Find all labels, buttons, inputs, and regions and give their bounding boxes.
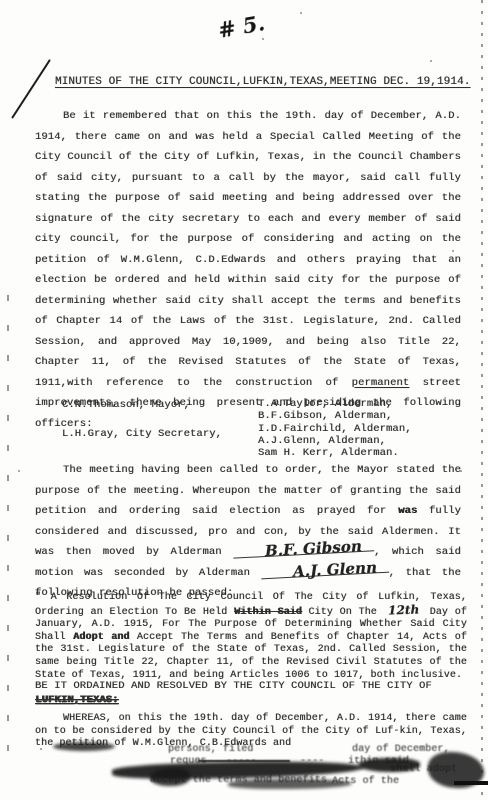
smudge-fragment: day of December, — [352, 744, 450, 755]
aldermen-list: T.A.Taylor, Alderman, B.F.Gibson, Alderm… — [258, 398, 412, 459]
alderman-name: Sam H. Kerr, Alderman. — [258, 447, 412, 459]
ink-smudge — [150, 768, 190, 786]
paper-speck — [430, 60, 432, 62]
ink-smudge — [358, 758, 420, 772]
meeting-paragraph: The meeting having been called to order,… — [35, 460, 461, 604]
alderman-name: A.J.Glenn, Alderman, — [258, 435, 412, 447]
paper-speck — [300, 12, 302, 14]
ink-smudge — [53, 742, 115, 751]
officers-left-column: C.N.Thomason, Mayor, L.H.Gray, City Secr… — [62, 399, 222, 456]
opening-text-underlined: permanent — [352, 377, 410, 389]
paper-speck — [18, 470, 20, 472]
paper-speck — [452, 250, 454, 252]
secretary-name: L.H.Gray, City Secretary, — [62, 428, 222, 441]
paper-speck — [40, 748, 42, 750]
handwritten-name-glenn: A.J. Glenn — [260, 561, 389, 579]
strike-mark — [198, 760, 290, 762]
paper-speck — [460, 470, 462, 472]
scanned-minutes-page: # 5. MINUTES OF THE CITY COUNCIL,LUFKIN,… — [0, 0, 488, 800]
handwritten-name-gibson: B.F. Gibson — [233, 540, 374, 558]
overstruck-word: was — [398, 505, 417, 517]
handwritten-day: 12th — [383, 604, 423, 615]
ordained-heading: BE IT ORDAINED AND RESOLVED BY THE CITY … — [35, 680, 467, 707]
document-title: MINUTES OF THE CITY COUNCIL,LUFKIN,TEXAS… — [55, 76, 475, 88]
handwritten-corner-mark: # 5. — [216, 10, 266, 43]
left-margin-dashes — [7, 295, 9, 765]
alderman-name: B.F.Gibson, Alderman, — [258, 410, 412, 422]
overstruck-adopt: Adopt and — [73, 632, 129, 643]
opening-text-a: Be it remembered that on this the 19th. … — [35, 110, 461, 389]
bottom-right-ink-mark — [454, 781, 488, 785]
right-margin-dashes — [481, 0, 483, 800]
paper-speck — [262, 38, 264, 40]
ordained-line2-overtyped: LUFKIN,TEXAS: — [35, 694, 118, 708]
ink-smudge — [228, 779, 352, 789]
alderman-name: I.D.Fairchild, Alderman, — [258, 423, 412, 435]
alderman-name: T.A.Taylor, Alderman, — [258, 398, 412, 410]
resolution-paragraph: " A Resolution Of The City Council Of Th… — [35, 592, 467, 682]
opening-paragraph: Be it remembered that on this the 19th. … — [35, 106, 461, 434]
struck-words: Within Said — [234, 607, 302, 618]
ordained-line1: BE IT ORDAINED AND RESOLVED BY THE CITY … — [35, 680, 467, 694]
smudge-fragment: persons, filed — [168, 744, 253, 755]
mayor-name: C.N.Thomason, Mayor, — [62, 399, 222, 412]
resolution-text-c: City On The — [302, 607, 384, 618]
